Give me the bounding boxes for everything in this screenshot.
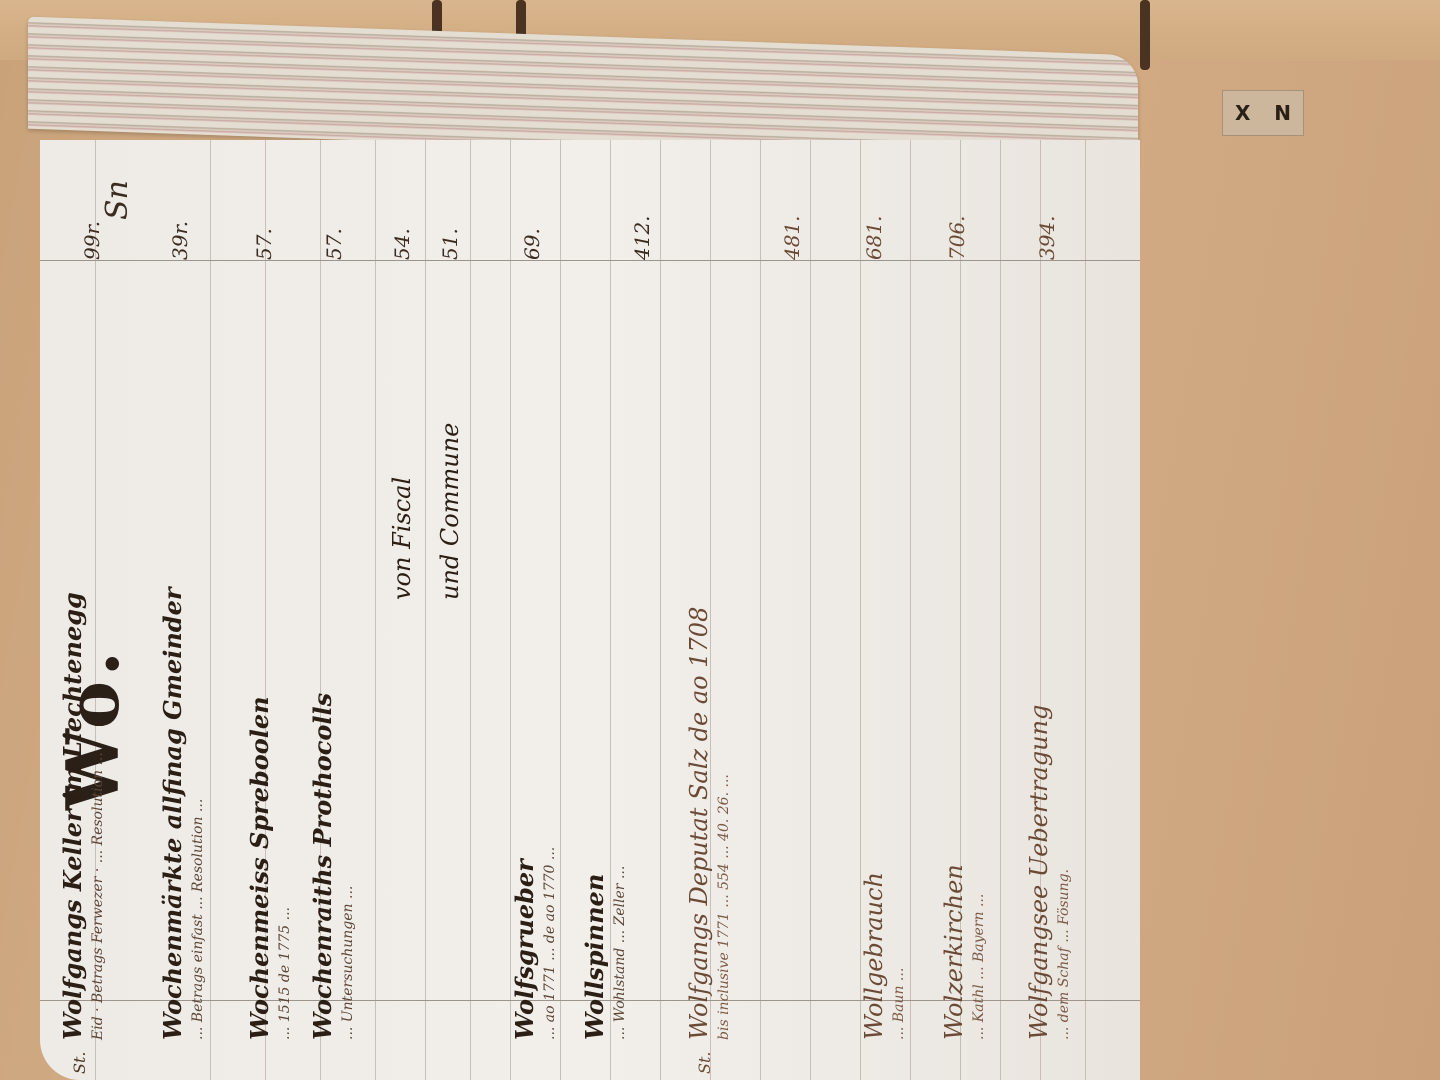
entry-reference: 69. <box>520 170 544 260</box>
index-entry: Wollgebrauch ... Baun ... <box>860 280 910 1040</box>
entry-reference: 481. <box>780 170 804 260</box>
entry-prefix: St. <box>695 1052 714 1074</box>
book-support-rod <box>1140 0 1150 70</box>
entry-reference: 51. <box>438 170 462 260</box>
index-entry: Wolfgangs Keller im Liechtenegg Eid · Be… <box>58 280 109 1040</box>
entry-reference: 681. <box>862 170 886 260</box>
entry-reference: 394. <box>1035 170 1059 260</box>
entry-reference: 99r. <box>80 170 104 260</box>
entry-reference: 57. <box>252 170 276 260</box>
spine-label: X N <box>1222 90 1304 136</box>
index-entry: Wolzerkirchen ... Kathl ... Bayern ... <box>940 280 990 1040</box>
spine-label-n: N <box>1274 101 1291 125</box>
index-entry: Wolfgangsee Uebertragung ... dem Schaf .… <box>1025 280 1075 1040</box>
page-marker: Sn <box>100 180 135 220</box>
index-entry: Wollspinnen ... Wohlstand ... Zeller ... <box>580 280 631 1040</box>
index-entry: Wochenmärkte allfinag Gmeinder ... Betra… <box>158 280 209 1040</box>
entry-reference: 57. <box>322 170 346 260</box>
entry-reference: 39r. <box>168 170 192 260</box>
index-entry: Wochenraiths Prothocolls ... Untersuchun… <box>308 280 359 1040</box>
index-entry: Wolfgangs Deputat Salz de ao 1708 bis in… <box>685 280 735 1040</box>
spine-label-x: X <box>1235 101 1250 125</box>
entry-prefix: St. <box>70 1052 89 1074</box>
entry-reference: 412. <box>630 170 654 260</box>
document-page: Wo. Sn St. Wolfgangs Keller im Liechtene… <box>40 140 1140 1080</box>
index-entry: Wolfsgrueber ... ao 1771 ... de ao 1770 … <box>510 280 561 1040</box>
entry-reference: 54. <box>390 170 414 260</box>
entry-reference: 706. <box>945 170 969 260</box>
index-entry: Wochenmeiss Spreboolen ... 1515 de 1775 … <box>245 280 296 1040</box>
